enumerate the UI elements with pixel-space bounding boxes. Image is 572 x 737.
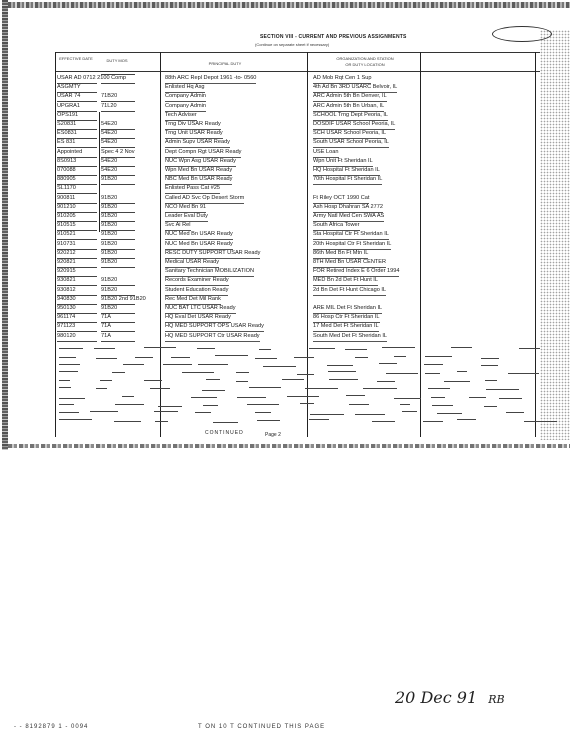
blank-line [386, 373, 418, 374]
blank-line [382, 347, 415, 348]
blank-line [346, 395, 365, 396]
blank-line [144, 380, 161, 381]
blank-line [59, 404, 74, 405]
blank-line [486, 389, 519, 390]
cell-duty [101, 83, 135, 84]
col-duty-mos: DUTY MOS [99, 58, 135, 63]
cell-unit: HQ MED SUPPORT Ctr USAR Ready [165, 332, 260, 342]
assignment-form: SECTION VIII - CURRENT AND PREVIOUS ASSI… [55, 22, 540, 440]
blank-line [481, 358, 499, 359]
handwritten-date: 20 Dec 91 RB [395, 688, 505, 707]
blank-line [158, 406, 183, 407]
blank-line [297, 374, 314, 375]
blank-line [154, 411, 177, 412]
col-unit: ORGANIZATION AND STATION [315, 56, 415, 61]
blank-line [349, 404, 369, 405]
handwritten-date-text: 20 Dec 91 [395, 688, 477, 707]
section-title: SECTION VIII - CURRENT AND PREVIOUS ASSI… [260, 34, 407, 40]
blank-line [96, 388, 107, 389]
blank-line [508, 373, 539, 374]
rule [55, 71, 540, 72]
blank-line [182, 372, 214, 373]
blank-line [215, 355, 248, 356]
blank-line [255, 412, 271, 413]
blank-line [506, 412, 525, 413]
col-principal-duty: PRINCIPAL DUTY [195, 61, 255, 66]
divider [420, 52, 421, 437]
blank-line [112, 372, 124, 373]
cell-loc: 2d Bn Det Ft Hunt Chicago IL [313, 286, 386, 296]
blank-line [519, 348, 539, 349]
blank-line [444, 381, 470, 382]
blank-line [96, 358, 117, 359]
blank-line [402, 411, 417, 412]
blank-line [257, 420, 281, 421]
blank-line [485, 380, 497, 381]
blank-line [59, 364, 80, 365]
blank-line [425, 373, 439, 374]
blank-line [59, 419, 92, 420]
blank-line [197, 348, 214, 349]
blank-line [481, 365, 498, 366]
blank-line [425, 356, 452, 357]
border-left [55, 52, 56, 437]
bottom-mid-code: T ON 10 T CONTINUED THIS PAGE [198, 724, 325, 730]
divider [99, 112, 100, 232]
blank-line [259, 349, 271, 350]
blank-line [59, 387, 71, 388]
blank-line [236, 381, 248, 382]
blank-line [394, 398, 420, 399]
blank-line [263, 366, 296, 367]
blank-line [282, 379, 304, 380]
blank-line [59, 357, 76, 358]
blank-line [328, 371, 356, 372]
cell-loc: 70th Hospital Ft Sheridan IL [313, 175, 382, 185]
cell-duty [101, 267, 135, 268]
cell-loc: South Med Det Ft Sheridan IL [313, 332, 387, 342]
blank-line [163, 364, 192, 365]
divider [307, 52, 308, 437]
blank-line [400, 404, 411, 405]
scan-noise-right [540, 30, 570, 440]
blank-line [114, 421, 142, 422]
blank-line [237, 397, 267, 398]
blank-line [59, 380, 70, 381]
blank-line [287, 396, 319, 397]
blank-line [300, 403, 314, 404]
blank-line [309, 348, 336, 349]
blank-line [355, 357, 368, 358]
col-effective-date: EFFECTIVE DATE [55, 56, 97, 61]
section-subtitle: (Continue on separate sheet if necessary… [255, 42, 329, 47]
blank-line [423, 421, 443, 422]
footer-continued: CONTINUED [205, 430, 244, 436]
blank-line [457, 419, 476, 420]
blank-line [213, 422, 238, 423]
blank-line [202, 390, 225, 391]
blank-line [363, 388, 397, 389]
blank-line [345, 349, 367, 350]
scan-edge-bottom [8, 444, 570, 448]
blank-line [122, 396, 134, 397]
cell-duty [101, 184, 135, 185]
cell-duty [101, 111, 135, 112]
blank-line [499, 398, 522, 399]
blank-line [469, 397, 487, 398]
blank-line [424, 364, 444, 365]
scan-edge-top [8, 2, 570, 8]
blank-line [329, 379, 358, 380]
blank-line [372, 421, 395, 422]
page-number: Page 2 [265, 432, 281, 438]
blank-line [123, 364, 144, 365]
blank-line [115, 404, 143, 405]
blank-line [377, 381, 395, 382]
blank-line [195, 412, 211, 413]
blank-line [203, 405, 217, 406]
blank-line [150, 388, 169, 389]
blank-line [309, 419, 329, 420]
blank-line [432, 405, 453, 406]
bottom-left-code: - - 8192879 1 - 0094 [14, 724, 88, 730]
blank-line [355, 414, 385, 415]
blank-line [310, 414, 344, 415]
col-location: OR DUTY LOCATION [315, 62, 415, 67]
blank-line [206, 379, 220, 380]
blank-line [294, 357, 314, 358]
blank-line [379, 363, 397, 364]
blank-line [59, 412, 79, 413]
cell-date: 980120 [57, 332, 97, 342]
blank-line [155, 421, 168, 422]
blank-line [394, 356, 406, 357]
blank-line [198, 364, 227, 365]
cell-duty: 71A [101, 332, 135, 342]
blank-line [437, 413, 462, 414]
blank-line [524, 421, 557, 422]
blank-line [100, 380, 112, 381]
blank-line [457, 371, 468, 372]
blank-line [191, 397, 217, 398]
scan-edge-left [2, 0, 8, 450]
blank-line [59, 371, 78, 372]
rule [55, 52, 540, 53]
blank-line [59, 348, 83, 349]
blank-line [236, 372, 249, 373]
blank-line [327, 365, 353, 366]
border-right [535, 52, 536, 437]
blank-line [247, 404, 279, 405]
blank-line [135, 357, 153, 358]
blank-line [451, 347, 472, 348]
blank-line [90, 411, 118, 412]
blank-line [255, 358, 277, 359]
blank-line [144, 347, 176, 348]
blank-line [59, 398, 85, 399]
blank-line [431, 397, 445, 398]
blank-line [171, 357, 190, 358]
blank-line [249, 387, 281, 388]
blank-line [94, 348, 115, 349]
blank-line [428, 388, 450, 389]
cell-duty [101, 74, 135, 75]
handwritten-initials: RB [488, 693, 504, 706]
blank-line [305, 388, 338, 389]
blank-line [484, 406, 497, 407]
